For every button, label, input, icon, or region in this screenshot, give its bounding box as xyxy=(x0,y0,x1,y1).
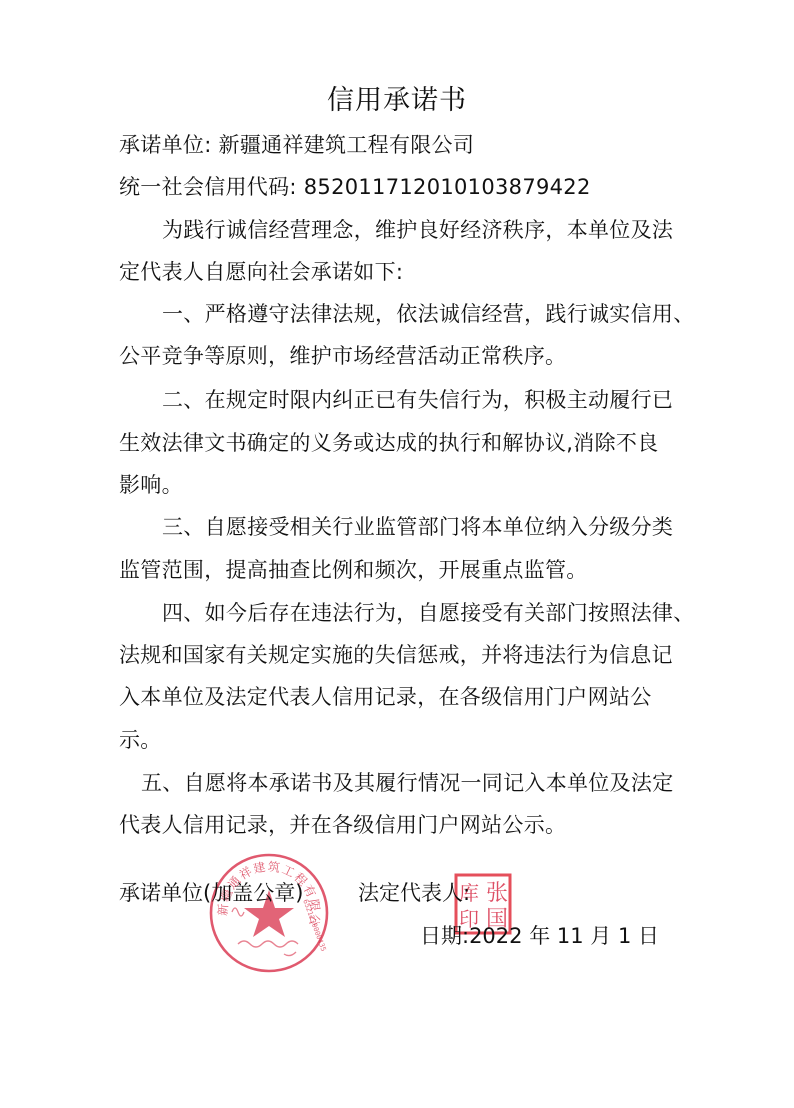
item-4-line-3: 入本单位及法定代表人信用记录，在各级信用门户网站公 xyxy=(119,683,652,711)
item-1-line-1: 一、严格遵守法律法规，依法诚信经营，践行诚实信用、 xyxy=(162,300,695,328)
item-5-line-2: 代表人信用记录，并在各级信用门户网站公示。 xyxy=(119,811,566,839)
svg-text:张: 张 xyxy=(486,881,508,906)
item-4-line-4: 示。 xyxy=(119,726,162,754)
unit-seal-label: 承诺单位(加盖公章) xyxy=(119,879,303,907)
date-label: 日期:2022 年 11 月 1 日 xyxy=(420,922,659,950)
item-4-line-2: 法规和国家有关规定实施的失信惩戒，并将违法行为信息记 xyxy=(119,641,673,669)
item-2-line-2: 生效法律文书确定的义务或达成的执行和解协议,消除不良 xyxy=(119,429,658,457)
item-3-line-1: 三、自愿接受相关行业监管部门将本单位纳入分级分类 xyxy=(162,513,673,541)
paragraph-intro-line-2: 定代表人自愿向社会承诺如下: xyxy=(119,258,403,286)
legal-rep-label: 法定代表人: xyxy=(358,879,470,907)
item-3-line-2: 监管范围，提高抽查比例和频次，开展重点监管。 xyxy=(119,556,588,584)
document-page: 信用承诺书 承诺单位: 新疆通祥建筑工程有限公司 统一社会信用代码: 85201… xyxy=(0,0,794,1108)
unit-name: 承诺单位: 新疆通祥建筑工程有限公司 xyxy=(119,131,474,159)
item-2-line-3: 影响。 xyxy=(119,471,183,499)
paragraph-intro-line-1: 为践行诚信经营理念，维护良好经济秩序，本单位及法 xyxy=(162,216,673,244)
item-2-line-1: 二、在规定时限内纠正已有失信行为，积极主动履行已 xyxy=(162,386,673,414)
page-title: 信用承诺书 xyxy=(0,84,794,118)
item-5-line-1: 五、自愿将本承诺书及其履行情况一同记入本单位及法定 xyxy=(141,769,674,797)
item-4-line-1: 四、如今后存在违法行为，自愿接受有关部门按照法律、 xyxy=(162,599,695,627)
company-seal-icon: 新疆通祥建筑工程有限公司 6521230000435 xyxy=(208,852,330,974)
credit-code: 统一社会信用代码: 852011712010103879422 xyxy=(119,173,591,201)
item-1-line-2: 公平竞争等原则，维护市场经营活动正常秩序。 xyxy=(119,342,566,370)
